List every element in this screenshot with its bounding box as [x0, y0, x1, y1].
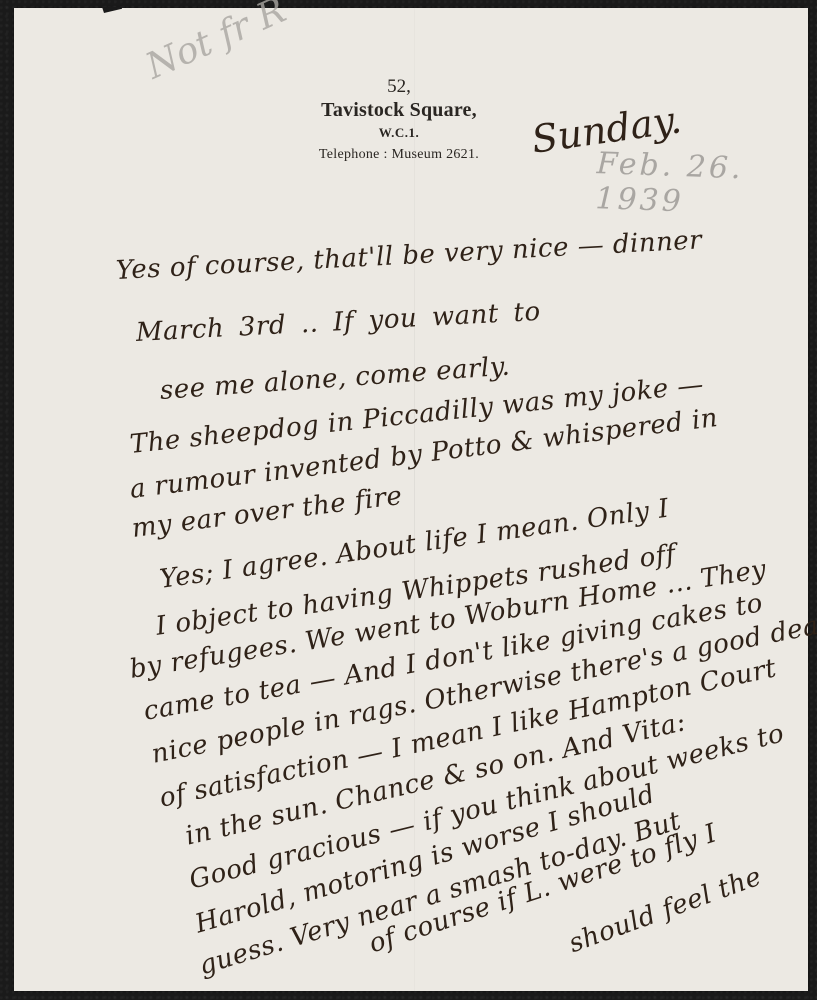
pencil-date: Feb. 26. 1939 [595, 146, 817, 224]
letterhead-number: 52, [286, 76, 512, 98]
paper-notch [102, 7, 122, 13]
letterhead-telephone: Telephone : Museum 2621. [286, 144, 512, 166]
letterhead-street: Tavistock Square, [286, 98, 512, 122]
letterhead-district: W.C.1. [286, 122, 512, 144]
letterhead: 52, Tavistock Square, W.C.1. Telephone :… [286, 76, 512, 166]
